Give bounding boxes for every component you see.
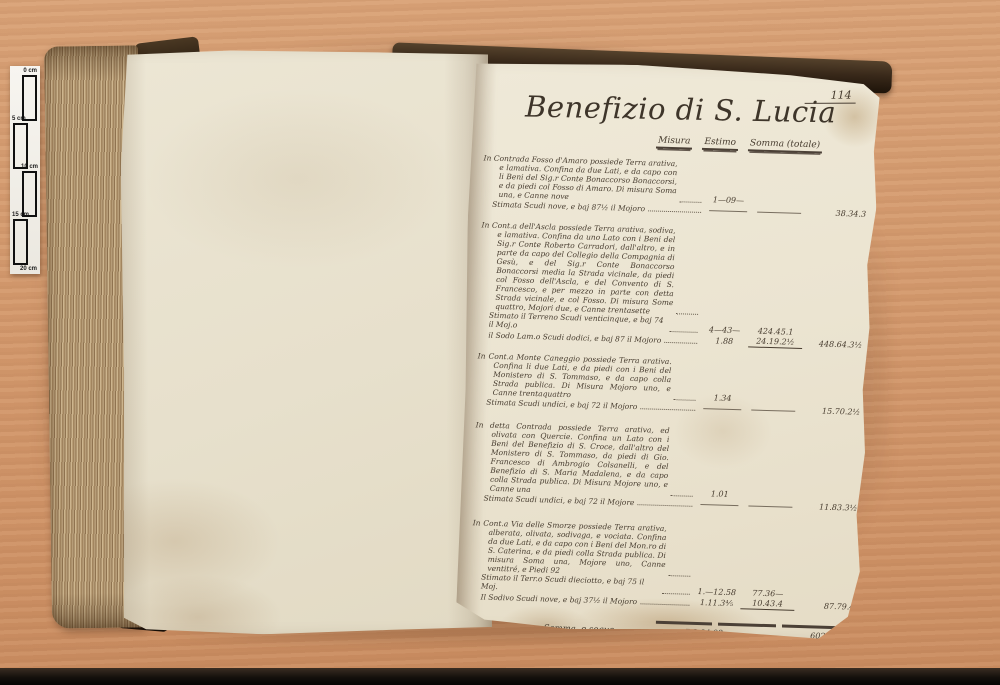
left-blank-page	[120, 49, 492, 636]
leader-dots	[668, 575, 690, 577]
entry-body-line: In Cont.a dell'Ascla possiede Terra arat…	[479, 220, 868, 321]
page-title: Benefizio di S. Lucia	[525, 89, 872, 130]
manuscript-content: 114 Benefizio di S. Lucia Misura Estimo …	[456, 60, 881, 640]
entry-text: In Cont.a Monte Caneggio possiede Terra …	[477, 351, 672, 402]
table-edge	[0, 668, 1000, 685]
ledger-entry: In Cont.a Via delle Smorze possiede Terr…	[470, 518, 858, 612]
misura-dash	[704, 205, 752, 216]
leader-dots	[662, 593, 690, 595]
ruler-segment	[13, 123, 28, 169]
column-header-estimo: Estimo	[702, 137, 738, 151]
entry-text: In Cont.a dell'Ascla possiede Terra arat…	[479, 220, 676, 316]
somma-total: 87.79.4	[794, 601, 856, 613]
ruler-label-20cm: 20 cm	[20, 266, 37, 272]
estimo-dash	[752, 206, 806, 218]
leader-dots	[671, 495, 693, 497]
misura-value: 1.11.3⅘	[692, 598, 740, 609]
misura-dash	[695, 499, 743, 510]
misura-value: 4—43—	[700, 325, 748, 336]
estimo-value: 24.19.2½	[748, 336, 802, 349]
somma-total: 448.64.3½	[802, 339, 864, 351]
misura-dash	[698, 403, 746, 414]
ruler-segment	[22, 75, 37, 121]
column-headers: Misura Estimo Somma (totale)	[656, 136, 870, 155]
ledger-entry: In Contrada Fosso d'Amaro possiede Terra…	[482, 153, 869, 219]
scale-ruler: 0 cm 5 cm 10 cm 15 cm 20 cm	[10, 66, 40, 274]
estimo-dash	[743, 500, 797, 512]
leader-dots	[670, 331, 698, 333]
ruler-segment	[13, 219, 28, 265]
misura-value: 1.88	[700, 336, 748, 347]
entry-text: In Contrada Fosso d'Amaro possiede Terra…	[482, 153, 677, 204]
estimo-dash	[746, 404, 800, 416]
photo-scene: 0 cm 5 cm 10 cm 15 cm 20 cm 114 Benefizi…	[0, 0, 1000, 685]
ledger-entry: In Cont.a dell'Ascla possiede Terra arat…	[478, 220, 867, 350]
column-header-somma: Somma (totale)	[748, 138, 822, 153]
column-header-misura: Misura	[656, 136, 693, 150]
manuscript-page: 114 Benefizio di S. Lucia Misura Estimo …	[456, 60, 881, 640]
somma-value: 38.34.3	[806, 208, 868, 220]
leader-dots	[676, 313, 698, 315]
leader-dots	[640, 408, 695, 411]
entry-text: In detta Contrada possiede Terra arativa…	[474, 420, 670, 498]
leader-dots	[637, 504, 692, 507]
ledger-entry: In detta Contrada possiede Terra arativa…	[473, 420, 861, 513]
leader-dots	[648, 210, 701, 213]
leader-dots	[664, 342, 697, 344]
leader-dots	[640, 603, 689, 605]
entry-text: In Cont.a Via delle Smorze possiede Terr…	[471, 518, 667, 578]
ledger-entry: In Cont.a Monte Caneggio possiede Terra …	[476, 351, 863, 417]
ruler-label-0cm: 0 cm	[23, 68, 37, 74]
leader-dots	[674, 399, 696, 401]
misura-value: 1.—12.58	[693, 587, 741, 598]
ruler-segment	[22, 171, 37, 217]
somma-value: 15.70.2½	[800, 406, 862, 418]
somma-value: 11.83.3½	[797, 502, 859, 514]
estimo-value: 10.43.4	[740, 598, 794, 611]
leader-dots	[679, 201, 701, 203]
entry-body-line: In detta Contrada possiede Terra arativa…	[474, 420, 862, 503]
